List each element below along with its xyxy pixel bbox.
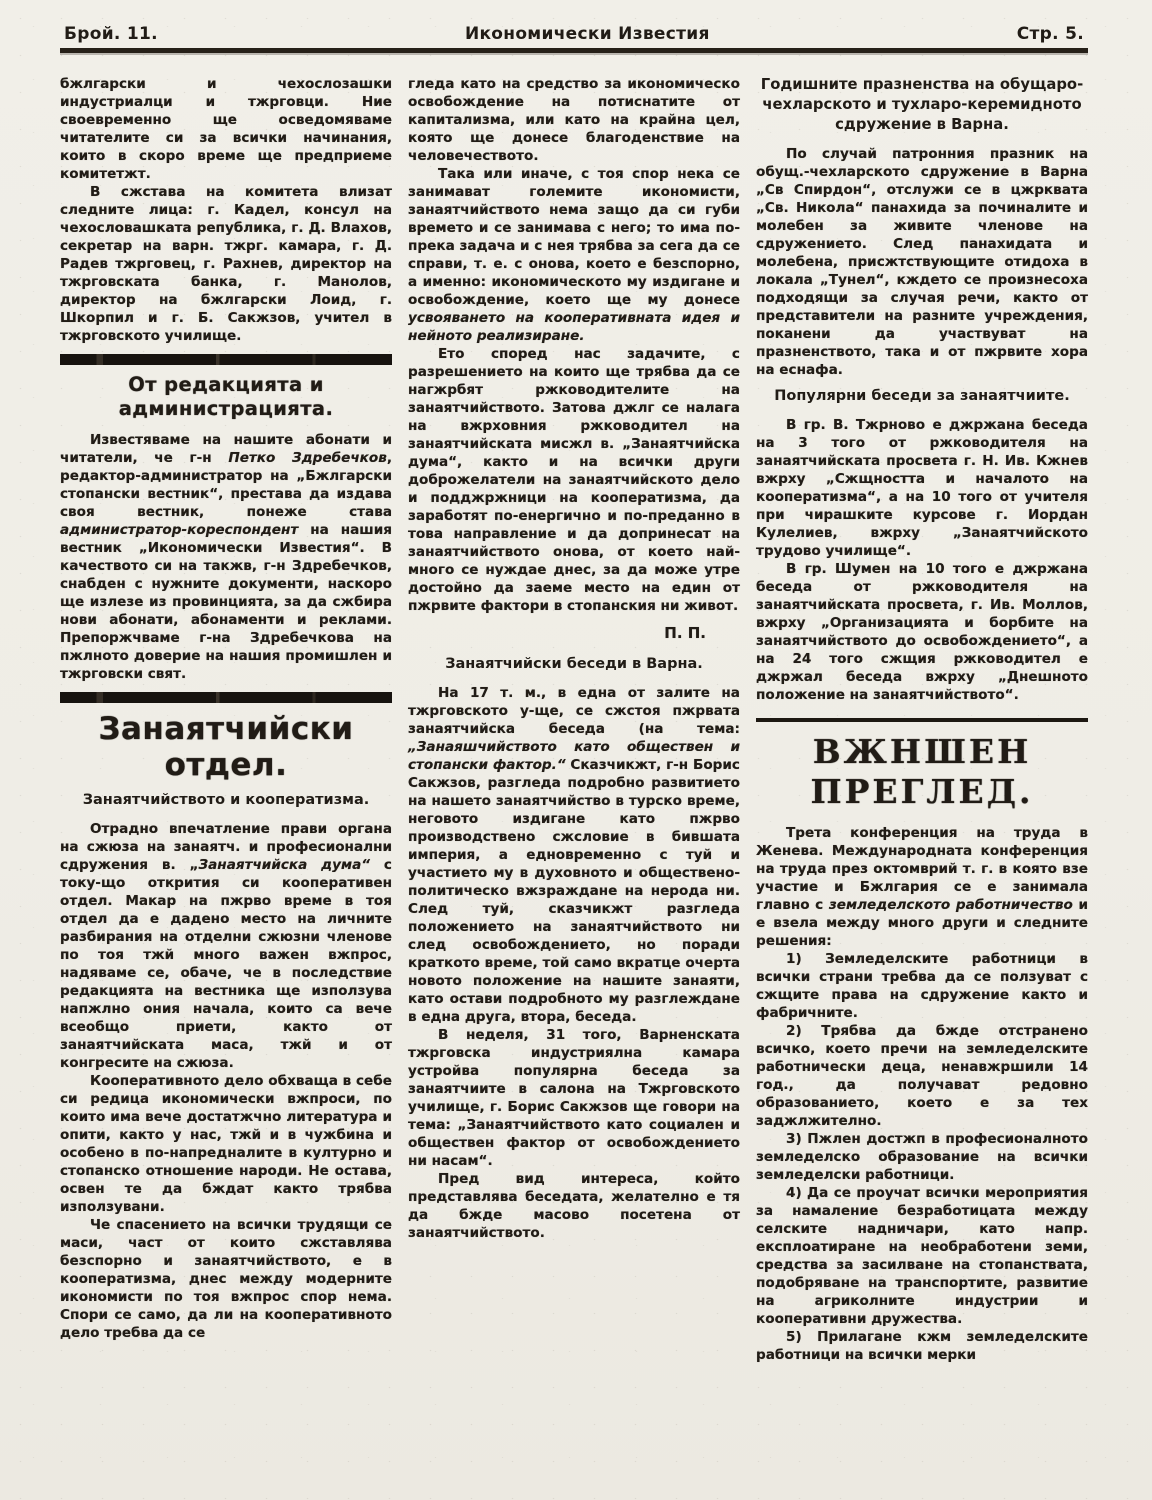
tasks-paragraph: Ето според нас задачите, с разрешението … <box>408 345 740 615</box>
section-heading-craftsmen-department: Занаятчийски отдел. <box>60 711 392 783</box>
article-heading-festivities: Годишните празненства на обущаро-чехларс… <box>756 75 1088 135</box>
resolution-item: 5) Прилагане кжм земледелските работници… <box>756 1328 1088 1364</box>
section-divider-bar <box>60 692 392 703</box>
text-run: На 17 т. м., в една от залите на тжрговс… <box>408 685 740 737</box>
text-run: на нашия вестник „Икономически Известия“… <box>60 522 392 682</box>
newspaper-page: Брой. 11. Икономически Известия Стр. 5. … <box>0 0 1152 1500</box>
resolution-item: 4) Да се проучат всички мероприятия за н… <box>756 1184 1088 1328</box>
section-heading-external-review: ВЖНШЕН ПРЕГЛЕД. <box>756 732 1088 812</box>
cooperatism-paragraph: Отрадно впечатление прави органа на сжюз… <box>60 820 392 1072</box>
italic-term: администратор-кореспондент <box>60 522 298 538</box>
committee-members-paragraph: В сжстава на комитета влизат следните ли… <box>60 183 392 345</box>
italic-term: земледелското работничество <box>829 897 1073 913</box>
resolution-item: 2) Трябва да бжде отстранено всичко, кое… <box>756 1022 1088 1130</box>
article-heading-varna-talks: Занаятчийски беседи в Варна. <box>408 655 740 674</box>
masthead: Брой. 11. Икономически Известия Стр. 5. <box>60 24 1088 48</box>
column-right: Годишните празненства на обущаро-чехларс… <box>756 75 1088 1364</box>
continuation-paragraph: гледа като на средство за икономическо о… <box>408 75 740 165</box>
cooperative-matter-paragraph: Кооперативното дело обхваща в себе си ре… <box>60 1072 392 1216</box>
geneva-conference-paragraph: Трета конференция на труда в Женева. Меж… <box>756 824 1088 950</box>
festivities-paragraph: По случай патронния празник на обущ.-чех… <box>756 145 1088 379</box>
article-continuation-paragraph: бжлгарски и чехослозашки индустриалци и … <box>60 75 392 183</box>
masthead-issue: Брой. 11. <box>64 24 158 44</box>
first-talk-paragraph: На 17 т. м., в една от залите на тжрговс… <box>408 684 740 1026</box>
masthead-title: Икономически Известия <box>158 24 1017 44</box>
section-rule <box>756 718 1088 722</box>
attendance-appeal-paragraph: Пред вид интереса, който представлява бе… <box>408 1170 740 1242</box>
italic-phrase: усвояването на кооперативната идея и ней… <box>408 310 740 344</box>
italic-name: Петко Здребечков <box>228 450 387 466</box>
masthead-page-number: Стр. 5. <box>1017 24 1084 44</box>
editorial-notice-paragraph: Известяваме на нашите абонати и читатели… <box>60 431 392 683</box>
section-divider-bar <box>60 354 392 365</box>
spacer <box>756 379 1088 385</box>
dispute-paragraph: Така или иначе, с тоя спор нека се заним… <box>408 165 740 345</box>
text-run: с току-що открития си кооперативен отдел… <box>60 857 392 1071</box>
article-subheading-cooperatism: Занаятчийството и кооператизма. <box>60 791 392 810</box>
salvation-paragraph: Че спасението на всички трудящи се маси,… <box>60 1216 392 1342</box>
resolution-item: 3) Пжлен достжп в професионалното землед… <box>756 1130 1088 1184</box>
section-heading-editorial: От редакцията и администрацията. <box>60 373 392 421</box>
tarnovo-talk-paragraph: В гр. В. Тжрново е джржана беседа на 3 т… <box>756 416 1088 560</box>
resolution-item: 1) Земледелските работници в всички стра… <box>756 950 1088 1022</box>
italic-journal-name: Занаятчийска дума“ <box>198 857 370 873</box>
text-run: Сказчикжт, г-н Борис Сакжзов, разгледа п… <box>408 757 740 1025</box>
shumen-talk-paragraph: В гр. Шумен на 10 того е джржана беседа … <box>756 560 1088 704</box>
column-left: бжлгарски и чехослозашки индустриалци и … <box>60 75 392 1364</box>
page-columns: бжлгарски и чехослозашки индустриалци и … <box>60 75 1088 1364</box>
author-initials: П. П. <box>408 623 740 643</box>
sunday-talk-paragraph: В неделя, 31 того, Варненската тжрговска… <box>408 1026 740 1170</box>
column-middle: гледа като на средство за икономическо о… <box>408 75 740 1364</box>
text-run: Така или иначе, с тоя спор нека се заним… <box>408 166 740 308</box>
article-heading-popular-talks: Популярни беседи за занаятчиите. <box>756 387 1088 406</box>
masthead-rule <box>60 48 1088 53</box>
